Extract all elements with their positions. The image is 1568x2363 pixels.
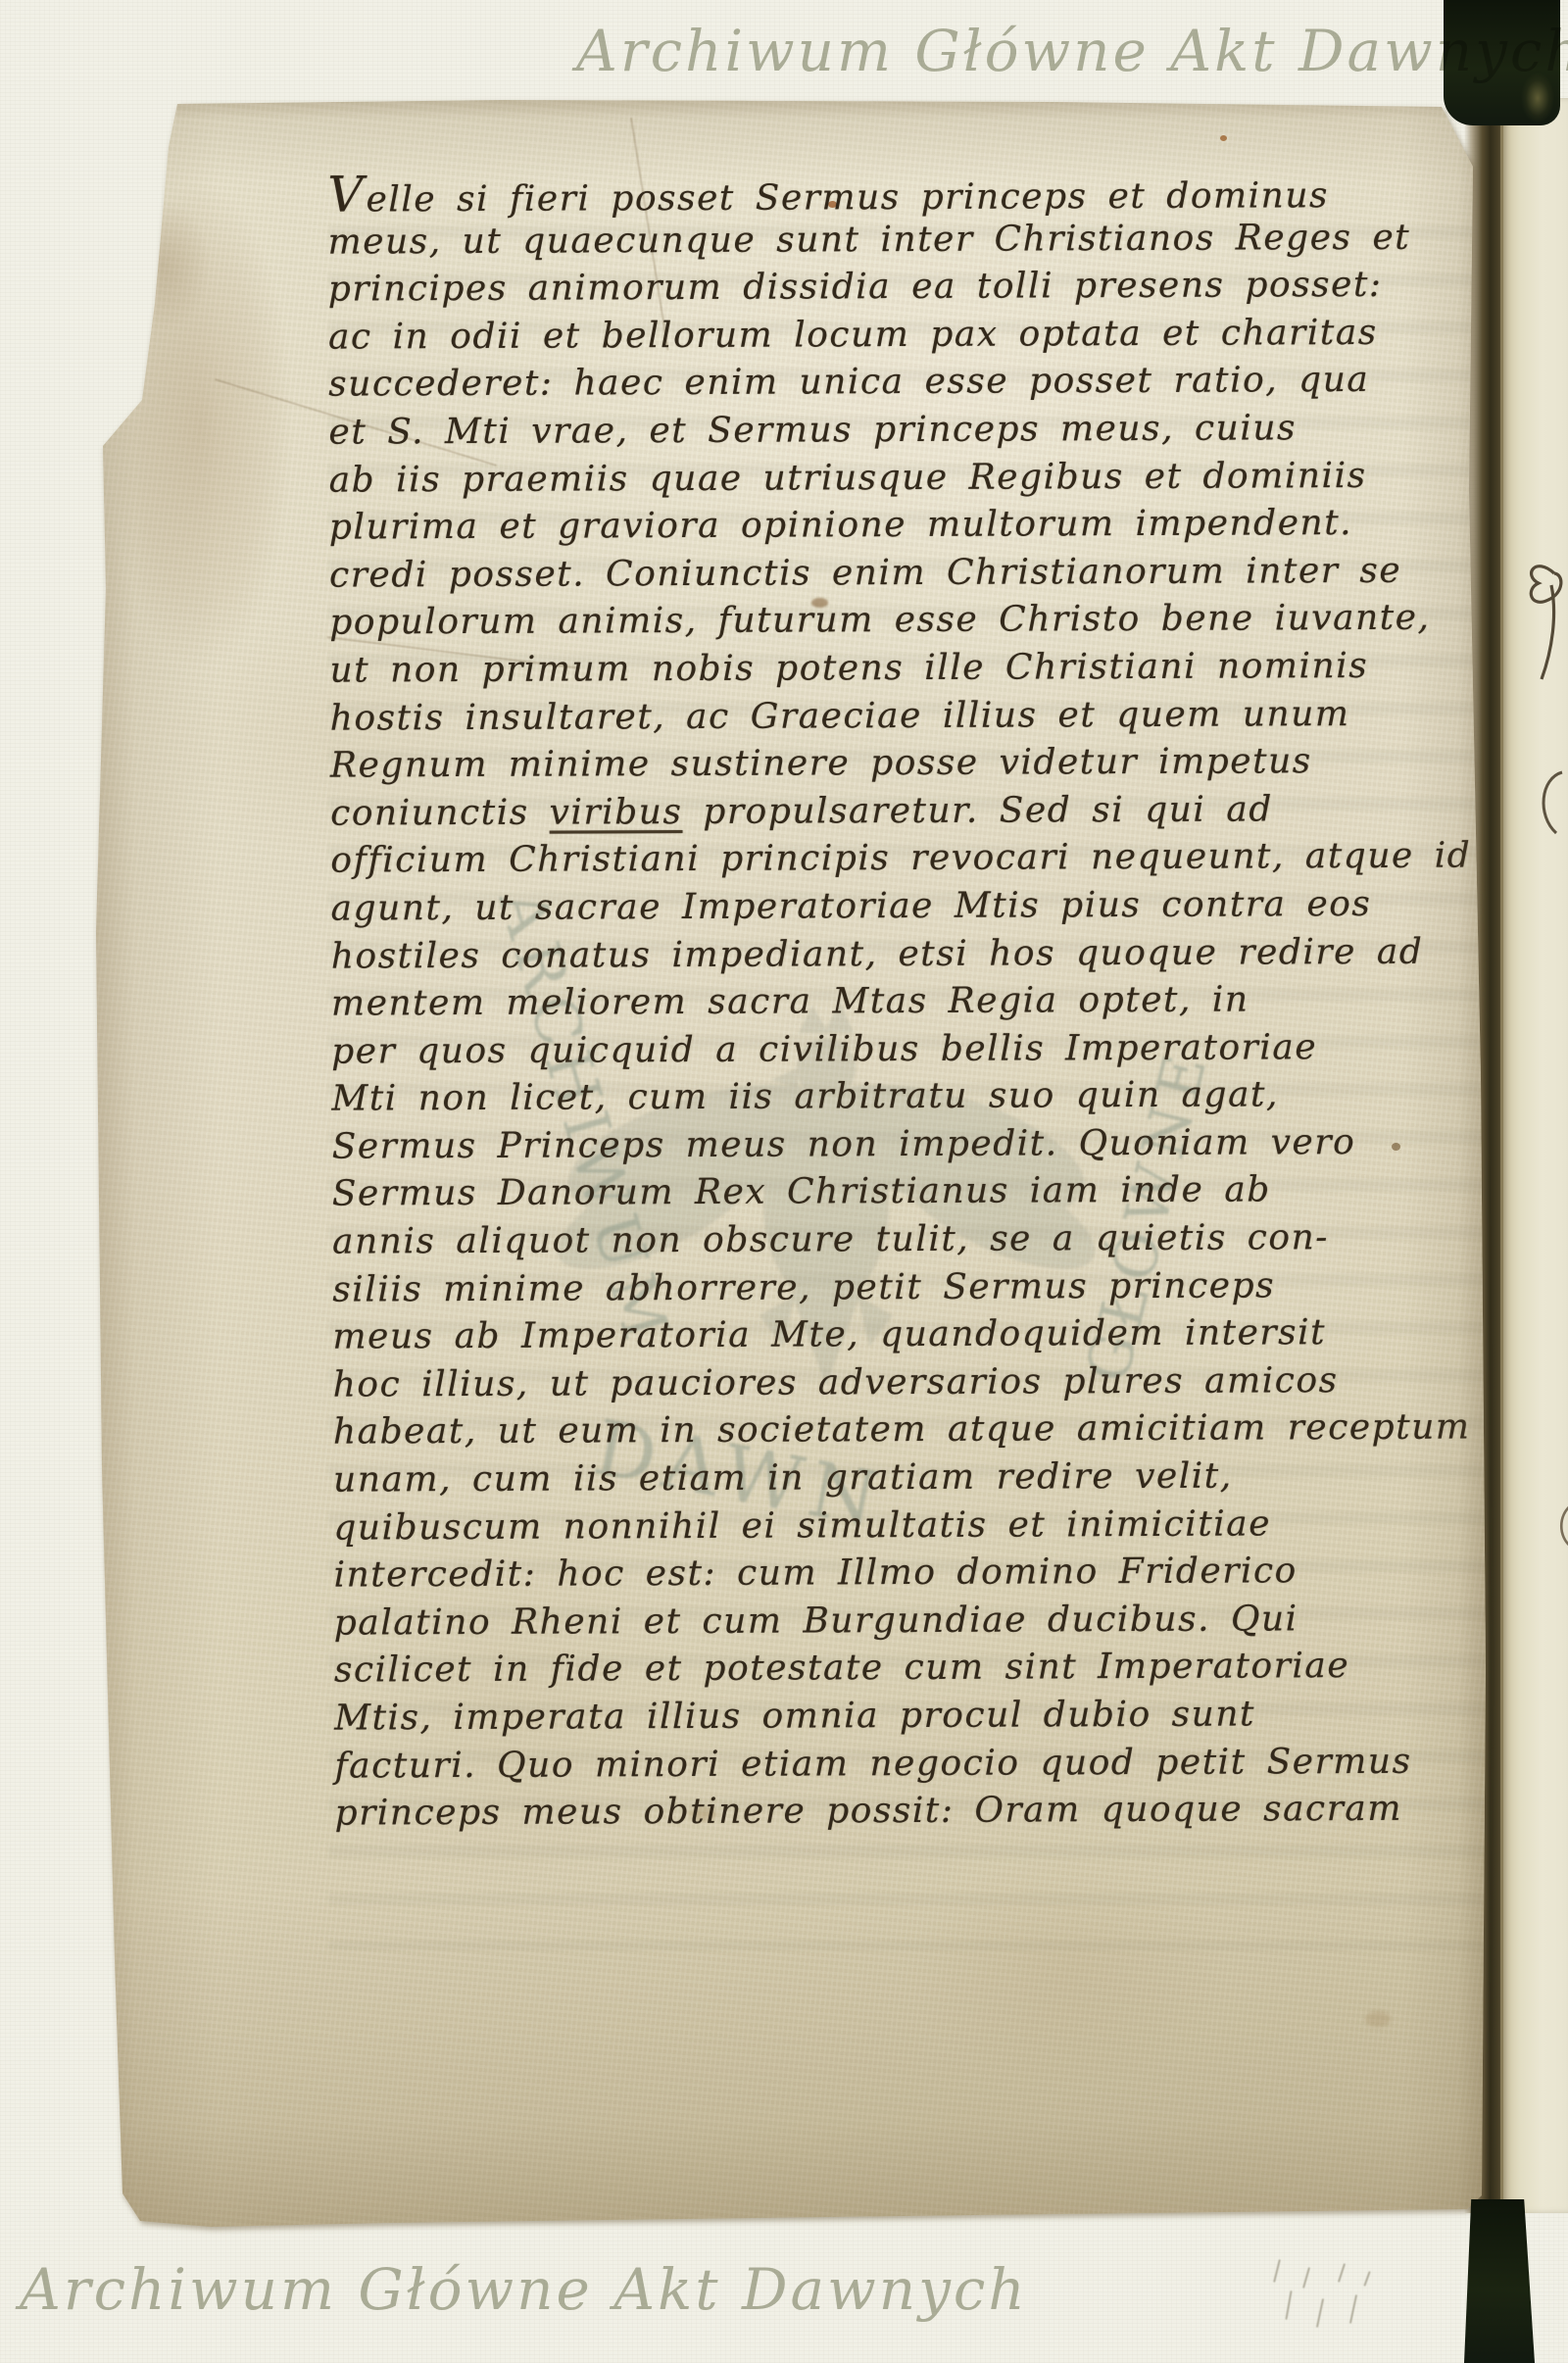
pencil-stroke: [1273, 2259, 1281, 2283]
manuscript-line: palatino Rheni et cum Burgundiae ducibus…: [334, 1595, 1495, 1648]
aging-stain: [99, 176, 226, 353]
ink-underline: viribus: [550, 792, 683, 833]
manuscript-line: credi posset. Coniunctis enim Christiano…: [329, 547, 1491, 600]
scanned-manuscript-photo: ARCHIWUM GŁÓWNE DAWN Velle si fieri poss…: [0, 0, 1568, 2363]
manuscript-line: populorum animis, futurum esse Christo b…: [329, 595, 1491, 648]
pencil-stroke: [1302, 2267, 1310, 2289]
manuscript-line: officium Christiani principis revocari n…: [330, 833, 1492, 886]
foxing-speck: [1220, 135, 1227, 141]
manuscript-line: unam, cum iis etiam in gratiam redire ve…: [333, 1452, 1494, 1504]
manuscript-line: Sermus Princeps meus non impedit. Quonia…: [332, 1118, 1494, 1171]
manuscript-line: meus, ut quaecunque sunt inter Christian…: [328, 214, 1490, 267]
manuscript-line: agunt, ut sacrae Imperatoriae Mtis pius …: [330, 880, 1492, 933]
manuscript-line: principes animorum dissidia ea tolli pre…: [328, 262, 1490, 315]
pencil-marks: [1274, 2249, 1401, 2352]
manuscript-line: per quos quicquid a civilibus bellis Imp…: [331, 1023, 1493, 1076]
manuscript-line: ut non primum nobis potens ille Christia…: [329, 642, 1491, 695]
pencil-stroke: [1363, 2271, 1370, 2287]
manuscript-line: ac in odii et bellorum locum pax optata …: [328, 309, 1490, 362]
manuscript-line: hoc illius, ut pauciores adversarios plu…: [333, 1356, 1494, 1409]
manuscript-line: plurima et graviora opinione multorum im…: [329, 500, 1491, 553]
binding-ribbon-bottom: [1464, 2199, 1535, 2363]
pencil-stroke: [1338, 2263, 1346, 2283]
manuscript-line: mentem meliorem sacra Mtas Regia optet, …: [331, 976, 1493, 1029]
manuscript-line: Velle si fieri posset Sermus princeps et…: [327, 166, 1489, 219]
manuscript-line: succederet: haec enim unica esse posset …: [328, 357, 1490, 410]
foxing-speck: [1365, 2011, 1391, 2027]
manuscript-line: siliis minime abhorrere, petit Sermus pr…: [332, 1261, 1494, 1314]
manuscript-line: hostis insultaret, ac Graeciae illius et…: [330, 690, 1492, 743]
manuscript-line: meus ab Imperatoria Mte, quandoquidem in…: [332, 1309, 1494, 1362]
manuscript-line: Sermus Danorum Rex Christianus iam inde …: [332, 1166, 1494, 1219]
manuscript-leaf-wrap: ARCHIWUM GŁÓWNE DAWN Velle si fieri poss…: [0, 0, 1568, 2363]
manuscript-line: facturi. Quo minori etiam negocio quod p…: [334, 1738, 1495, 1791]
manuscript-line: habeat, ut eum in societatem atque amici…: [333, 1404, 1494, 1457]
manuscript-line: Mtis, imperata illius omnia procul dubio…: [334, 1690, 1495, 1743]
manuscript-leaf: ARCHIWUM GŁÓWNE DAWN Velle si fieri poss…: [93, 98, 1486, 2227]
manuscript-line: scilicet in fide et potestate cum sint I…: [334, 1643, 1495, 1696]
pencil-stroke: [1285, 2290, 1292, 2320]
manuscript-line: Mti non licet, cum iis arbitratu suo qui…: [331, 1071, 1493, 1124]
pencil-stroke: [1349, 2294, 1357, 2324]
aging-stain: [83, 113, 318, 740]
manuscript-line: quibuscum nonnihil ei simultatis et inim…: [333, 1500, 1494, 1552]
manuscript-text: Velle si fieri posset Sermus princeps et…: [327, 166, 1495, 1838]
manuscript-line: coniunctis viribus propulsaretur. Sed si…: [330, 785, 1492, 838]
manuscript-line: et S. Mti vrae, et Sermus princeps meus,…: [328, 404, 1490, 457]
manuscript-line: hostiles conatus impediant, etsi hos quo…: [331, 928, 1493, 981]
manuscript-line: Regnum minime sustinere posse videtur im…: [330, 738, 1492, 791]
manuscript-line: princeps meus obtinere possit: Oram quoq…: [335, 1786, 1496, 1839]
manuscript-line: ab iis praemiis quae utriusque Regibus e…: [329, 452, 1491, 505]
manuscript-line: annis aliquot non obscure tulit, se a qu…: [332, 1213, 1494, 1266]
manuscript-line: intercedit: hoc est: cum Illmo domino Fr…: [333, 1548, 1494, 1600]
pencil-stroke: [1316, 2298, 1324, 2328]
binding-ribbon-top: [1444, 0, 1560, 125]
